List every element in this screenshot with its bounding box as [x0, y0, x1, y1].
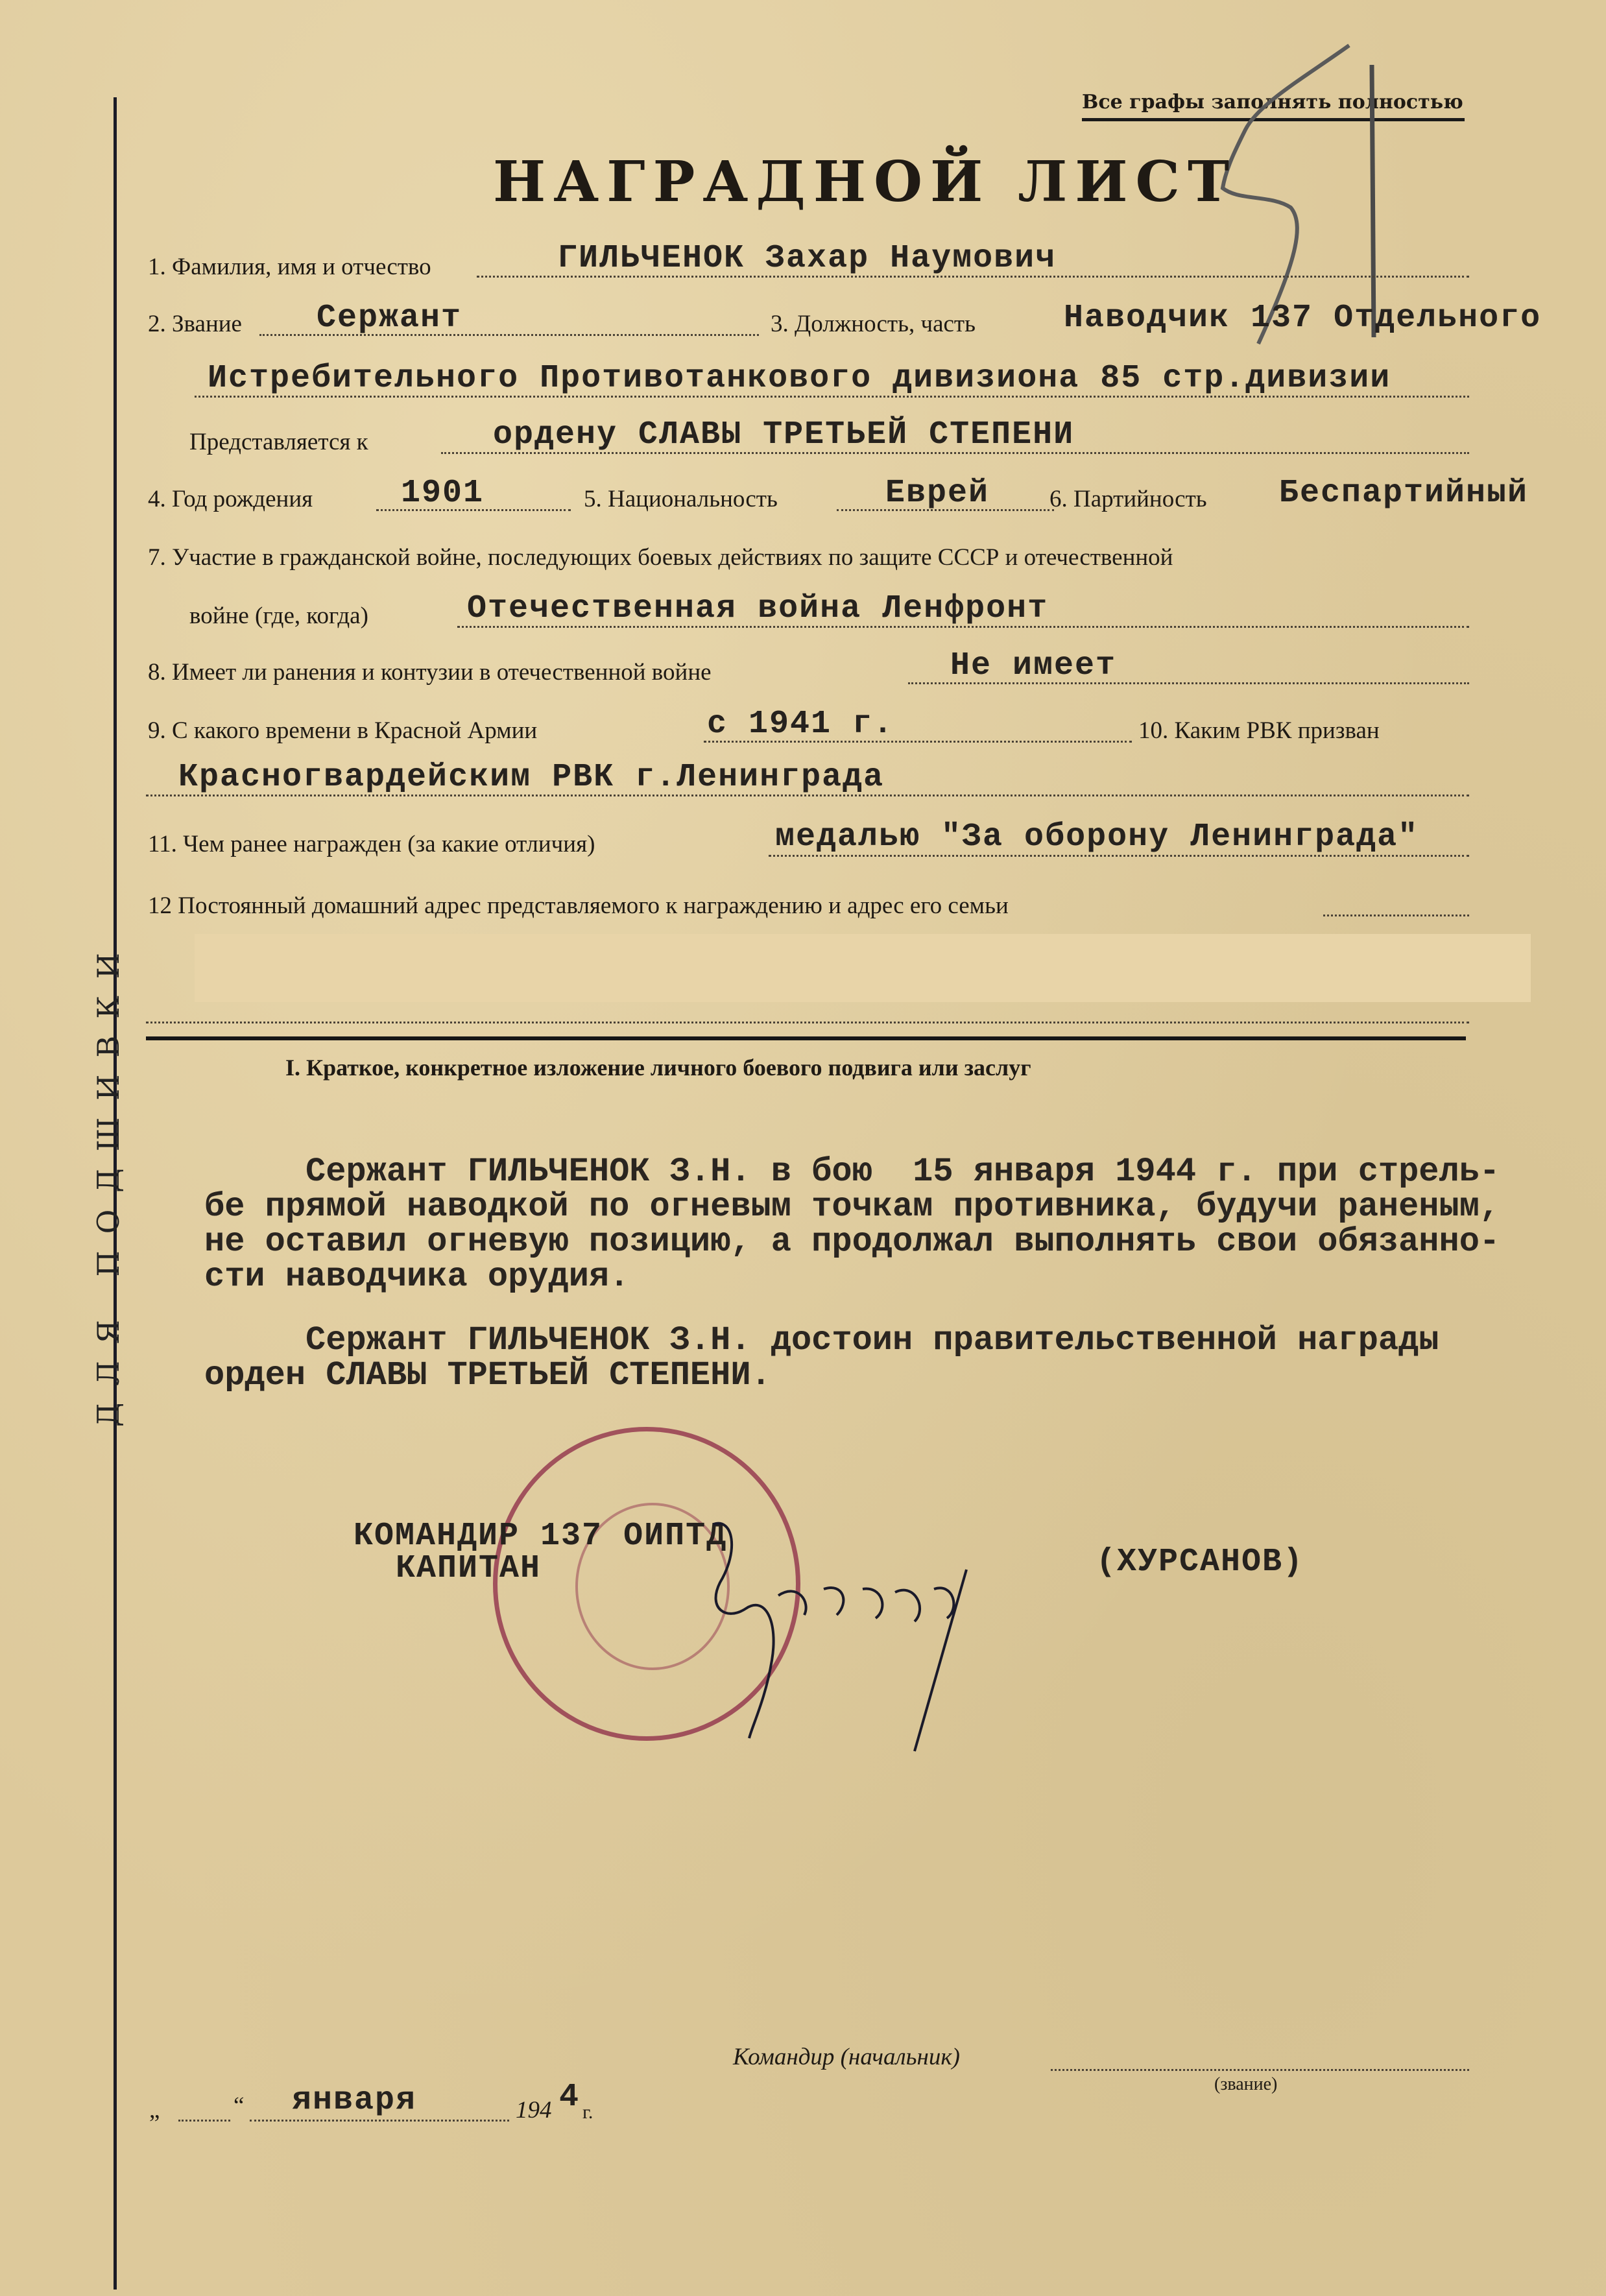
field-1-value: ГИЛЬЧЕНОК Захар Наумович	[558, 240, 1056, 277]
award-label: Представляется к	[189, 428, 368, 456]
field-7-value: Отечественная война Ленфронт	[467, 590, 1048, 627]
commander-line	[1051, 2069, 1469, 2071]
rank-caption: (звание)	[1214, 2074, 1277, 2095]
field-4-value: 1901	[401, 475, 484, 512]
date-month: января	[292, 2082, 416, 2119]
field-1-label: 1. Фамилия, имя и отчество	[148, 253, 431, 281]
field-3-value-cont: Истребительного Противотанкового дивизио…	[208, 360, 1391, 397]
merit-paragraph-2: Сержант ГИЛЬЧЕНОК З.Н. достоин правитель…	[204, 1323, 1439, 1393]
field-10-value: Красногвардейским РВК г.Ленинграда	[178, 759, 884, 796]
date-quote-close: “	[234, 2092, 244, 2120]
field-11-label: 11. Чем ранее награжден (за какие отличи…	[148, 830, 595, 858]
field-12-line-2	[146, 1022, 1469, 1023]
field-2-value: Сержант	[317, 300, 462, 337]
signatory-position: КОМАНДИР 137 ОИПТД	[354, 1518, 727, 1555]
merit-paragraph-1: Сержант ГИЛЬЧЕНОК З.Н. в бою 15 января 1…	[204, 1154, 1500, 1295]
field-7-label: 7. Участие в гражданской войне, последую…	[148, 544, 1173, 571]
binding-margin-label: ДЛЯ ПОДШИВКИ	[91, 936, 126, 1427]
field-8-label: 8. Имеет ли ранения и контузии в отечест…	[148, 658, 712, 686]
field-12-line	[1323, 915, 1469, 916]
field-9-label: 9. С какого времени в Красной Армии	[148, 717, 537, 745]
field-9-value: с 1941 г.	[707, 706, 894, 743]
date-year-suffix: 4	[559, 2079, 580, 2116]
date-year-prefix: 194	[516, 2096, 552, 2124]
field-3-label: 3. Должность, часть	[771, 310, 976, 338]
field-7-label-cont: войне (где, когда)	[189, 602, 368, 630]
field-8-value: Не имеет	[950, 647, 1116, 684]
field-4-label: 4. Год рождения	[148, 485, 313, 513]
date-quote-open: „	[149, 2096, 160, 2124]
field-6-label: 6. Партийность	[1049, 485, 1207, 513]
section-1-heading: I. Краткое, конкретное изложение личного…	[285, 1054, 1031, 1081]
section-divider	[146, 1036, 1466, 1040]
field-6-value: Беспартийный	[1279, 475, 1528, 512]
date-year-g: г.	[582, 2101, 593, 2123]
date-month-line	[250, 2120, 509, 2122]
field-12-label: 12 Постоянный домашний адрес представляе…	[148, 892, 1009, 920]
redacted-address	[195, 934, 1531, 1002]
commander-label: Командир (начальник)	[733, 2043, 960, 2071]
field-10-label: 10. Каким РВК призван	[1138, 717, 1380, 745]
field-3-value: Наводчик 137 Отдельного	[1064, 300, 1541, 337]
field-5-label: 5. Национальность	[584, 485, 778, 513]
field-11-value: медалью "За оборону Ленинграда"	[775, 819, 1419, 855]
award-value: ордену СЛАВЫ ТРЕТЬЕЙ СТЕПЕНИ	[493, 416, 1074, 453]
document-title: НАГРАДНОЙ ЛИСТ	[493, 149, 1237, 215]
field-5-value: Еврей	[885, 475, 989, 512]
signatory-rank: КАПИТАН	[396, 1550, 541, 1587]
signatory-name: (ХУРСАНОВ)	[1096, 1544, 1304, 1581]
handwritten-signature	[688, 1511, 1077, 1758]
field-2-label: 2. Звание	[148, 310, 242, 338]
date-day-line	[178, 2120, 230, 2122]
